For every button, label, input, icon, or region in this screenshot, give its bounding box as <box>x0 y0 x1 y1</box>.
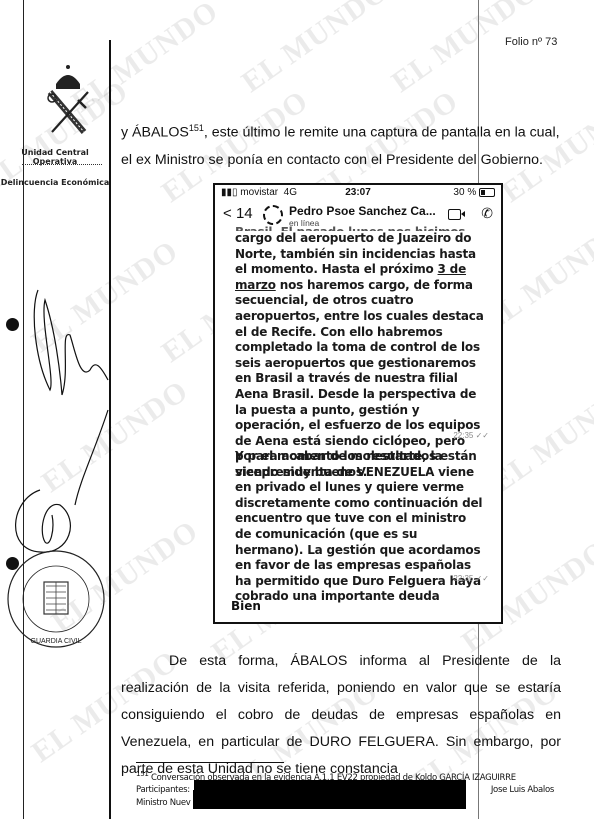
whatsapp-screenshot: ▮▮▯ movistar 4G 23:07 30 % < 14 Pedro Ps… <box>213 183 503 624</box>
chat-message: Brasil. El pasado lunes nos hicimos carg… <box>235 229 485 481</box>
paragraph-text: y ÁBALOS <box>121 125 189 141</box>
signature <box>0 230 115 560</box>
footnote-ref[interactable]: 151 <box>189 123 204 133</box>
unit-subtitle: Delincuencia Económica <box>0 178 110 187</box>
chat-message-reply: Bien <box>231 599 261 613</box>
punch-hole <box>6 318 19 331</box>
read-receipt-icon: ✓✓ <box>476 574 489 583</box>
status-time: 23:07 <box>345 187 371 198</box>
guardia-civil-emblem-icon <box>38 62 98 134</box>
battery-icon <box>479 188 495 197</box>
chevron-left-icon: < <box>223 205 232 222</box>
phone-call-icon[interactable]: ✆ <box>481 205 493 222</box>
network-type: 4G <box>284 187 297 198</box>
back-button[interactable]: < 14 <box>223 205 253 222</box>
punch-hole <box>6 557 19 570</box>
official-seal-icon: GUARDIA CIVIL <box>5 548 107 650</box>
footnote-text: Ministro Nuev <box>136 798 191 808</box>
status-bar: ▮▮▯ movistar 4G 23:07 30 % <box>215 187 501 201</box>
timestamp-text: 22:35 <box>453 574 473 583</box>
chat-message: Y para acabar de molestarte, la vicepres… <box>235 449 485 605</box>
footnote-text: Jose Luis Abalos <box>491 784 554 797</box>
svg-text:GUARDIA CIVIL: GUARDIA CIVIL <box>31 638 82 645</box>
unread-count: 14 <box>236 205 253 222</box>
signal-icon: ▮▮▯ <box>221 187 238 198</box>
watermark: EL MUNDO <box>386 0 545 100</box>
message-timestamp: 22:35 ✓✓ <box>453 431 489 440</box>
paragraph-text: De esta forma, ÁBALOS informa al Preside… <box>121 653 561 777</box>
battery-indicator: 30 % <box>453 187 495 198</box>
footnote-number: 151 <box>136 769 149 778</box>
read-receipt-icon: ✓✓ <box>476 431 489 440</box>
watermark: EL MUNDO <box>236 0 395 100</box>
video-call-icon[interactable] <box>448 209 461 220</box>
redaction-bar <box>193 790 466 809</box>
contact-avatar[interactable] <box>263 205 283 225</box>
footnote-text: Participantes: <box>136 784 190 797</box>
footnote-divider <box>136 762 284 763</box>
redaction-bar <box>194 780 466 790</box>
contact-name[interactable]: Pedro Psoe Sanchez Ca... <box>289 204 436 218</box>
paragraph-intro: y ÁBALOS151, este último le remite una c… <box>121 115 561 174</box>
carrier-name: movistar <box>240 187 278 198</box>
folio-number: Folio nº 73 <box>505 36 557 48</box>
carrier-label: ▮▮▯ movistar 4G <box>221 187 297 198</box>
message-timestamp: 22:35 ✓✓ <box>453 574 489 583</box>
unit-divider <box>22 164 102 165</box>
timestamp-text: 22:35 <box>453 431 473 440</box>
battery-percent: 30 % <box>453 187 476 198</box>
